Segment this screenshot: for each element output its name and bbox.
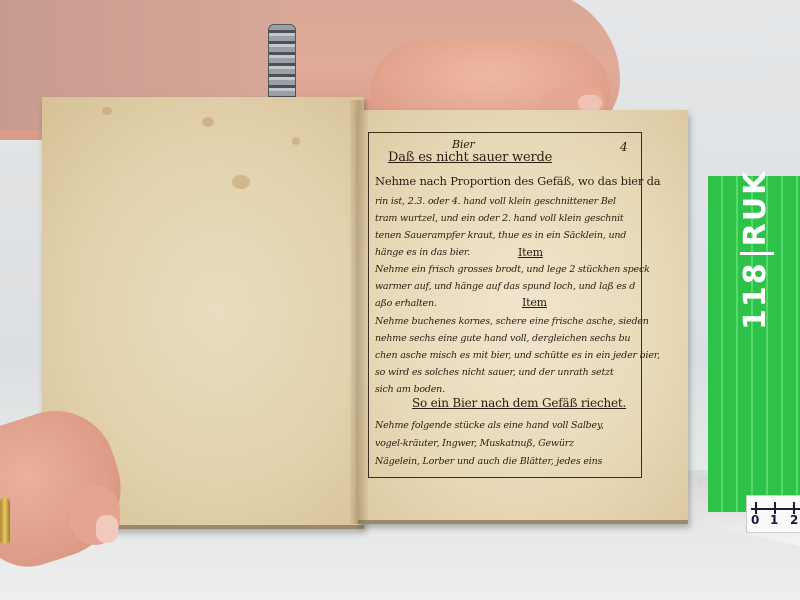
book-gutter — [350, 100, 368, 524]
scale-bar: 0 1 2 — [746, 495, 800, 533]
scale-tick-label: 0 — [751, 513, 759, 527]
fingernail — [96, 515, 118, 543]
manuscript-line: Nehme buchenes kornes, schere eine frisc… — [375, 316, 649, 327]
archive-code: RUK — [738, 170, 773, 247]
thumbnail — [578, 95, 602, 111]
manuscript-line: hänge es in das bier. — [375, 247, 470, 258]
manuscript-line: tenen Sauerampfer kraut, thue es in ein … — [375, 230, 626, 241]
heading: Daß es nicht sauer werde — [388, 150, 552, 165]
gold-ring — [0, 498, 10, 544]
manuscript-line: vogel-kräuter, Ingwer, Muskatnuß, Gewürz — [375, 438, 574, 449]
manuscript-line: sich am boden. — [375, 384, 445, 395]
archive-label-text: 118RUK — [738, 170, 774, 330]
manuscript-line: rin ist, 2.3. oder 4. hand voll klein ge… — [375, 196, 616, 207]
scale-tick-label: 2 — [790, 513, 798, 527]
page-number: 4 — [620, 140, 628, 154]
archive-number: 118 — [738, 261, 773, 330]
manuscript-line: so wird es solches nicht sauer, und der … — [375, 367, 614, 378]
manuscript-line: tram wurtzel, und ein oder 2. hand voll … — [375, 213, 624, 224]
scale-tick-label: 1 — [770, 513, 778, 527]
manuscript-line: aßo erhalten. — [375, 298, 437, 309]
item-label: Item — [518, 246, 543, 259]
manuscript-line: Nehme folgende stücke als eine hand voll… — [375, 420, 604, 431]
manuscript-line: Nehme nach Proportion des Gefäß, wo das … — [375, 174, 660, 188]
manuscript-line: warmer auf, und hänge auf das spund loch… — [375, 281, 635, 292]
section-heading: So ein Bier nach dem Gefäß riechet. — [412, 396, 626, 410]
manuscript-line: Nehme ein frisch grosses brodt, und lege… — [375, 264, 650, 275]
manuscript-line: Nägelein, Lorber und auch die Blätter, j… — [375, 456, 602, 467]
manuscript-line: nehme sechs eine gute hand voll, derglei… — [375, 333, 630, 344]
bracelet — [268, 24, 296, 106]
manuscript-line: chen asche misch es mit bier, und schütt… — [375, 350, 660, 361]
item-label: Item — [522, 296, 547, 309]
